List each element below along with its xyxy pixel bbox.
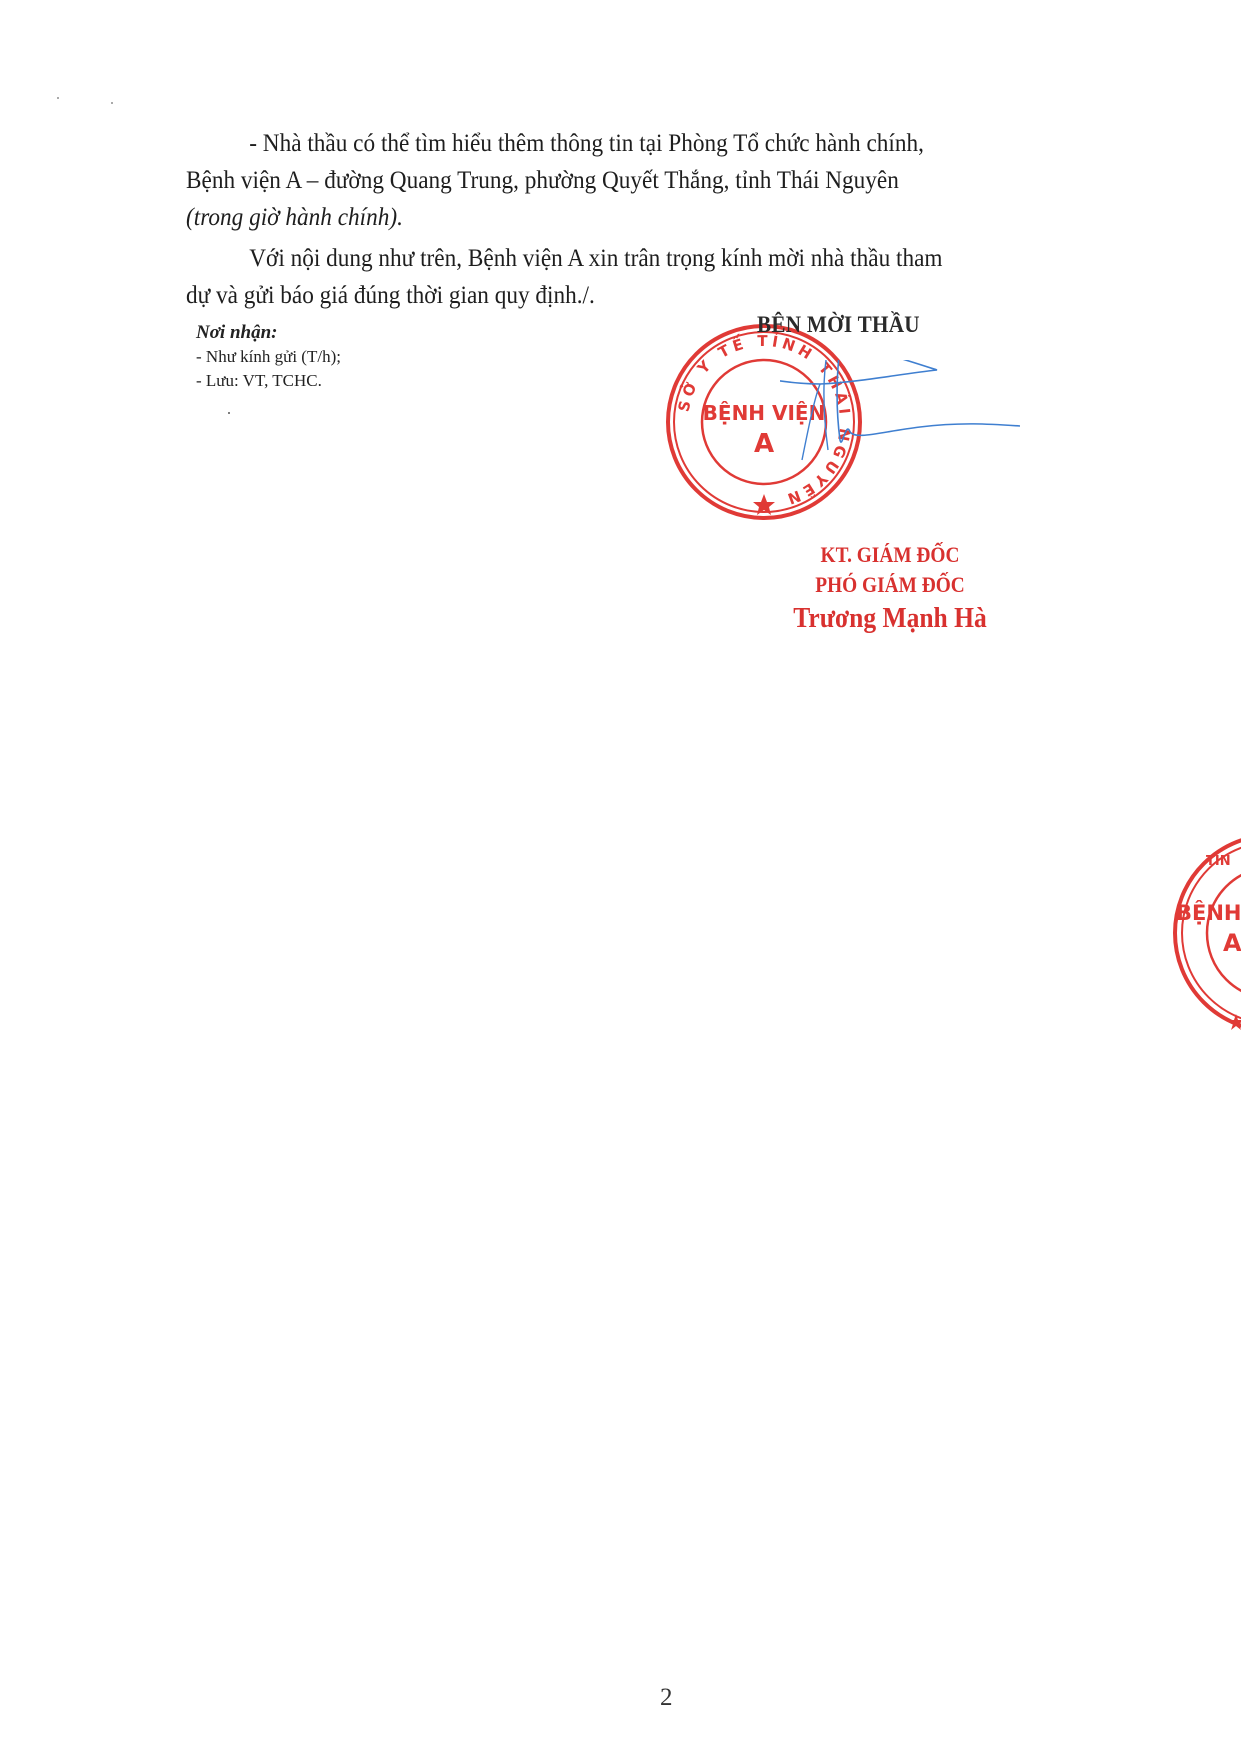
paragraph-line: (trong giờ hành chính). bbox=[186, 199, 1122, 236]
signer-role-line2: PHÓ GIÁM ĐỐC bbox=[776, 570, 1005, 600]
page-number: 2 bbox=[660, 1684, 673, 1712]
recipients-block: Nơi nhận: - Như kính gửi (T/h); - Lưu: V… bbox=[196, 321, 341, 393]
partial-edge-stamp: TỈN BỆNH A bbox=[1168, 828, 1241, 1038]
signer-role-line1: KT. GIÁM ĐỐC bbox=[776, 540, 1005, 570]
signer-block: KT. GIÁM ĐỐC PHÓ GIÁM ĐỐC Trương Mạnh Hà bbox=[776, 540, 1005, 636]
handwritten-signature bbox=[780, 360, 1020, 470]
stray-dot bbox=[228, 412, 230, 414]
signer-name: Trương Mạnh Hà bbox=[776, 600, 1005, 636]
paragraph-contact-info: - Nhà thầu có thể tìm hiểu thêm thông ti… bbox=[186, 125, 1122, 236]
edge-stamp-text: A bbox=[1223, 929, 1241, 957]
paragraph-line: Với nội dung như trên, Bệnh viện A xin t… bbox=[186, 240, 1122, 277]
paragraph-line: - Nhà thầu có thể tìm hiểu thêm thông ti… bbox=[186, 125, 1122, 162]
signature-title: BÊN MỜI THẦU bbox=[757, 312, 920, 338]
recipient-item: - Như kính gửi (T/h); bbox=[196, 345, 341, 369]
paragraph-line: Bệnh viện A – đường Quang Trung, phường … bbox=[186, 162, 1122, 199]
scan-speck bbox=[111, 102, 113, 104]
scan-speck bbox=[57, 97, 59, 99]
recipient-item: - Lưu: VT, TCHC. bbox=[196, 369, 341, 393]
recipients-heading: Nơi nhận: bbox=[196, 321, 341, 345]
edge-stamp-text: TỈN bbox=[1206, 852, 1231, 869]
stamp-center-line2: A bbox=[754, 429, 774, 459]
paragraph-invitation: Với nội dung như trên, Bệnh viện A xin t… bbox=[186, 240, 1122, 314]
paragraph-line: dự và gửi báo giá đúng thời gian quy địn… bbox=[186, 277, 1122, 314]
edge-stamp-text: BỆNH bbox=[1176, 899, 1241, 925]
